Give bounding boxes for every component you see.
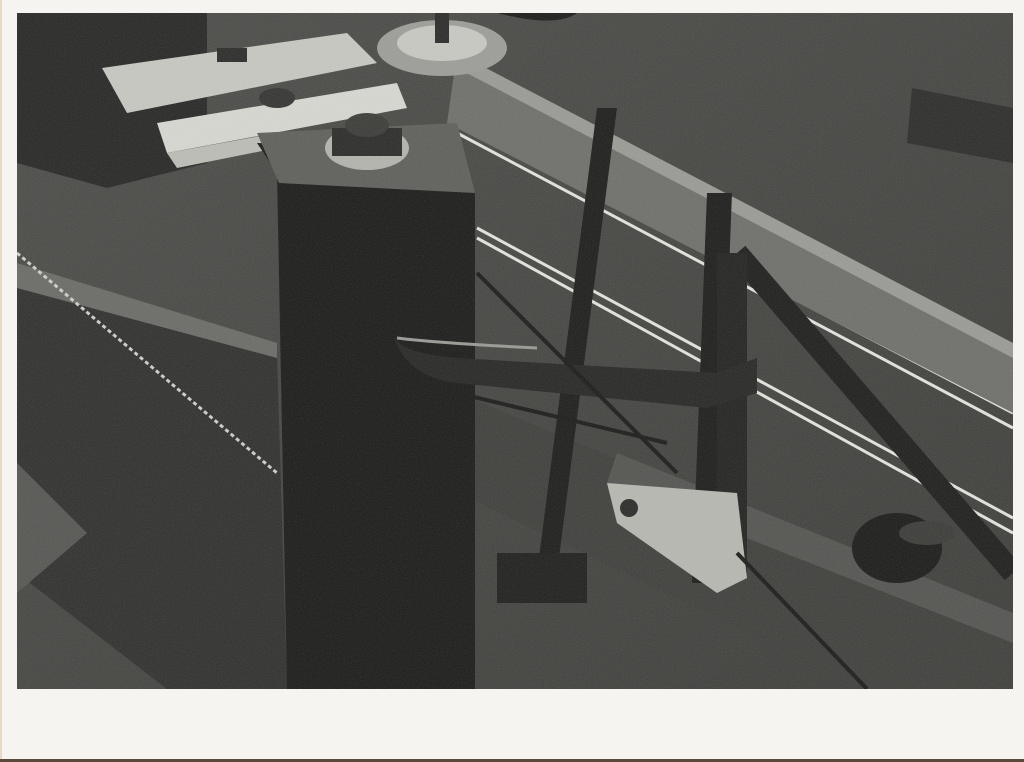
print-margin [17, 700, 1013, 740]
photo-print [0, 0, 1024, 762]
photograph [17, 13, 1013, 689]
